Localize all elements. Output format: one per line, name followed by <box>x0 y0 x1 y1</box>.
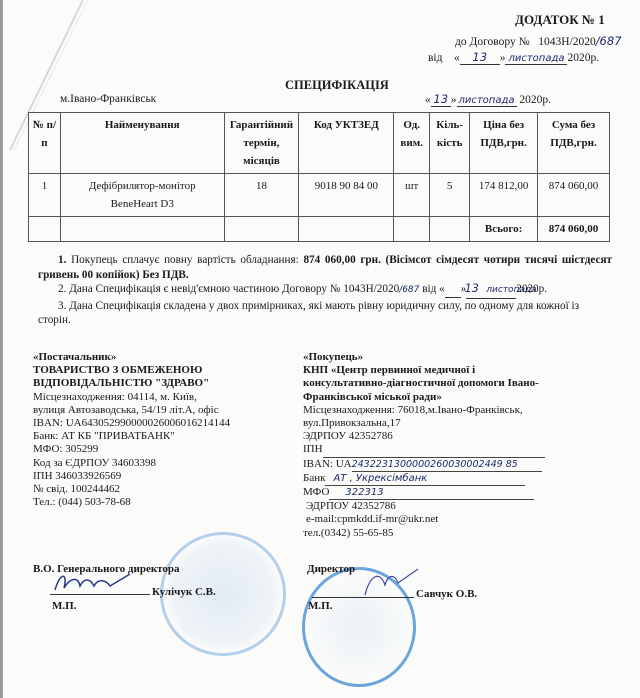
buyer-email: e-mail:cpmkdd.if-mr@ukr.net <box>303 513 603 526</box>
buyer-role: «Покупець» <box>303 351 603 364</box>
buyer-block: «Покупець» КНП «Центр первинної медичної… <box>303 351 603 540</box>
supplier-phone: Тел.: (044) 503-78-68 <box>33 496 293 509</box>
col-header-unit: Од. вим. <box>394 113 430 174</box>
supplier-signature-line <box>50 594 150 595</box>
supplier-cert: № свід. 100244462 <box>33 483 293 496</box>
date-year: 2020р. <box>567 52 599 64</box>
supplier-block: «Постачальник» ТОВАРИСТВО З ОБМЕЖЕНОЮ ВІ… <box>33 351 293 509</box>
supplier-role: «Постачальник» <box>33 351 293 364</box>
term-1: 1. Покупець сплачує повну вартість облад… <box>38 253 612 282</box>
cell-qty: 5 <box>430 174 470 217</box>
annex-contract-date: від «13»листопада2020р. <box>428 50 599 65</box>
supplier-bank: Банк: АТ КБ "ПРИВАТБАНК" <box>33 430 293 443</box>
term-2: 2. Дана Специфікація є невід'ємною части… <box>38 282 612 299</box>
buyer-seal-label: М.П. <box>308 600 332 612</box>
buyer-iban-handwritten: 2432231300000260030002449 85 <box>352 458 542 472</box>
spec-terms: 1. Покупець сплачує повну вартість облад… <box>38 253 612 328</box>
buyer-phone: тел.(0342) 55-65-85 <box>303 527 603 540</box>
buyer-bank-handwritten: АТ , Укрексімбанк <box>325 472 525 486</box>
col-header-sum: Сума без ПДВ,грн. <box>538 113 610 174</box>
supplier-name-line1: ТОВАРИСТВО З ОБМЕЖЕНОЮ <box>33 364 293 377</box>
cell-name: Дефібрилятор-моніторBeneHeart D3 <box>60 174 224 217</box>
buyer-mfo-handwritten: 322313 <box>329 486 534 500</box>
buyer-address-line2: вул.Привокзальна,17 <box>303 417 603 430</box>
buyer-name-line2: консультативно-діагностичної допомоги Ів… <box>303 377 603 390</box>
supplier-seal-label: М.П. <box>52 600 76 612</box>
buyer-iban: IBAN: UA2432231300000260030002449 85 <box>303 458 603 472</box>
cell-no: 1 <box>29 174 61 217</box>
item-name-line1: Дефібрилятор-монітор <box>89 180 196 192</box>
supplier-ipn: ІПН 346033926569 <box>33 470 293 483</box>
buyer-name-line3: Франківської міської ради» <box>303 391 603 404</box>
buyer-signer-name: Савчук О.В. <box>416 588 477 600</box>
col-header-qty: Кіль-кість <box>430 113 470 174</box>
table-header-row: № п/п Найменування Гарантійний термін, м… <box>29 113 610 174</box>
spec-title: СПЕЦИФІКАЦІЯ <box>285 78 389 93</box>
cell-price: 174 812,00 <box>470 174 538 217</box>
annex-title: ДОДАТОК № 1 <box>515 12 605 28</box>
buyer-address-line1: Місцезнаходження: 76018,м.Івано-Франківс… <box>303 404 603 417</box>
buyer-ipn: ІПН <box>303 443 603 457</box>
buyer-signature <box>360 565 420 600</box>
cell-unit: шт <box>394 174 430 217</box>
spec-date: «13»листопада 2020р. <box>425 92 551 107</box>
supplier-mfo: МФО: 305299 <box>33 443 293 456</box>
total-label: Всього: <box>470 217 538 242</box>
item-name-line2: BeneHeart D3 <box>111 198 174 210</box>
contract-prefix: до Договору № <box>455 36 530 48</box>
buyer-bank: БанкАТ , Укрексімбанк <box>303 472 603 486</box>
spec-date-year: 2020р. <box>519 94 551 106</box>
col-header-code: Код УКТЗЕД <box>299 113 394 174</box>
buyer-edrpou: ЭДРПОУ 42352786 <box>303 430 603 443</box>
spec-date-day: 13 <box>431 92 451 107</box>
cell-code: 9018 90 84 00 <box>299 174 394 217</box>
table-row: 1 Дефібрилятор-моніторBeneHeart D3 18 90… <box>29 174 610 217</box>
term-2-handwritten-number: /687 <box>399 285 419 295</box>
col-header-warranty: Гарантійний термін, місяців <box>224 113 299 174</box>
date-day-handwritten: 13 <box>460 50 500 65</box>
contract-handwritten-number: /687 <box>596 34 622 48</box>
buyer-signer-title: Директор <box>307 563 355 575</box>
date-prefix: від <box>428 52 442 64</box>
annex-contract-ref: до Договору № 1043Н/2020/687 <box>455 34 622 48</box>
spec-date-month: листопада <box>457 95 517 107</box>
buyer-mfo: МФО322313 <box>303 486 603 500</box>
total-value: 874 060,00 <box>538 217 610 242</box>
supplier-iban: IBAN: UA643052990000026006016214144 <box>33 417 293 430</box>
supplier-name-line2: ВІДПОВІДАЛЬНІСТЮ "ЗДРАВО" <box>33 377 293 390</box>
supplier-signer-name: Кулічук С.В. <box>152 586 216 598</box>
supplier-edrpou: Код за ЄДРПОУ 34603398 <box>33 457 293 470</box>
table-total-row: Всього: 874 060,00 <box>29 217 610 242</box>
supplier-address-line2: вулиця Автозаводська, 54/19 літ.А, офіс <box>33 404 293 417</box>
buyer-name-line1: КНП «Центр первинної медичної і <box>303 364 603 377</box>
cell-sum: 874 060,00 <box>538 174 610 217</box>
supplier-address-line1: Місцезнаходження: 04114, м. Київ, <box>33 391 293 404</box>
buyer-edrpou-2: ЭДРПОУ 42352786 <box>303 500 603 513</box>
col-header-price: Ціна без ПДВ,грн. <box>470 113 538 174</box>
specification-table: № п/п Найменування Гарантійний термін, м… <box>28 112 610 242</box>
contract-number: 1043Н/2020 <box>538 36 596 48</box>
buyer-signature-line <box>312 597 414 598</box>
term-3: 3. Дана Специфікація складена у двох при… <box>38 299 612 328</box>
spec-city: м.Івано-Франківськ <box>60 93 156 105</box>
cell-warranty: 18 <box>224 174 299 217</box>
date-month-handwritten: листопада <box>505 53 567 65</box>
col-header-name: Найменування <box>60 113 224 174</box>
col-header-no: № п/п <box>29 113 61 174</box>
